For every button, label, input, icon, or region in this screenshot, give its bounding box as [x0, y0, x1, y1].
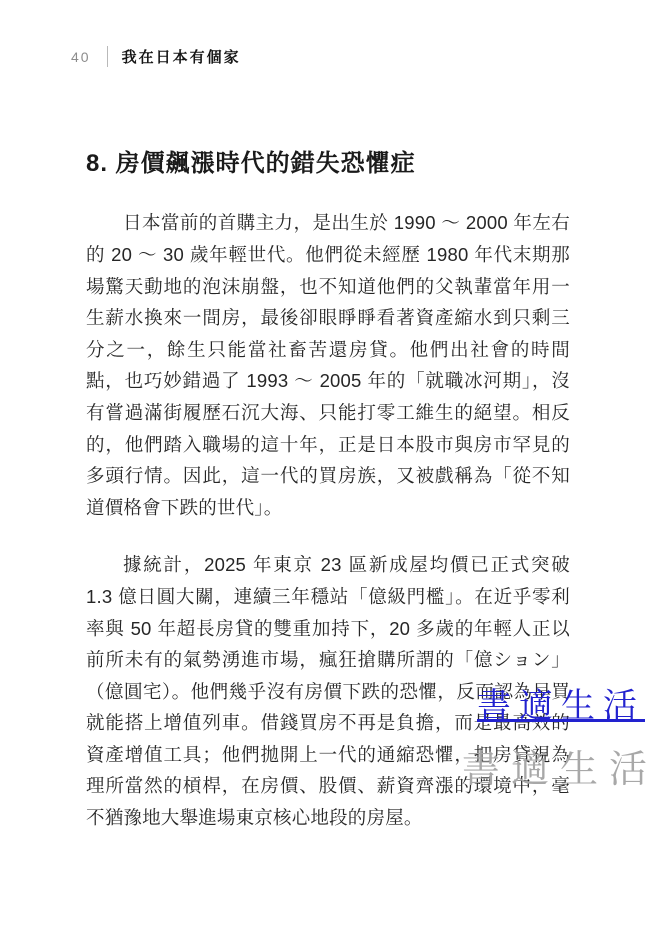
header-divider: [107, 46, 108, 67]
book-title: 我在日本有個家: [122, 46, 241, 67]
section-heading: 8. 房價飆漲時代的錯失恐懼症: [86, 148, 570, 180]
paragraph-1: 日本當前的首購主力，是出生於 1990 ～ 2000 年左右的 20 ～ 30 …: [86, 207, 570, 523]
book-page: 40 我在日本有個家 8. 房價飆漲時代的錯失恐懼症 日本當前的首購主力，是出生…: [0, 0, 651, 925]
paragraph-2: 據統計，2025 年東京 23 區新成屋均價已正式突破 1.3 億日圓大關，連續…: [86, 549, 570, 833]
page-content: 8. 房價飆漲時代的錯失恐懼症 日本當前的首購主力，是出生於 1990 ～ 20…: [86, 148, 570, 860]
page-header: 40 我在日本有個家: [71, 46, 241, 67]
page-number: 40: [71, 49, 91, 65]
